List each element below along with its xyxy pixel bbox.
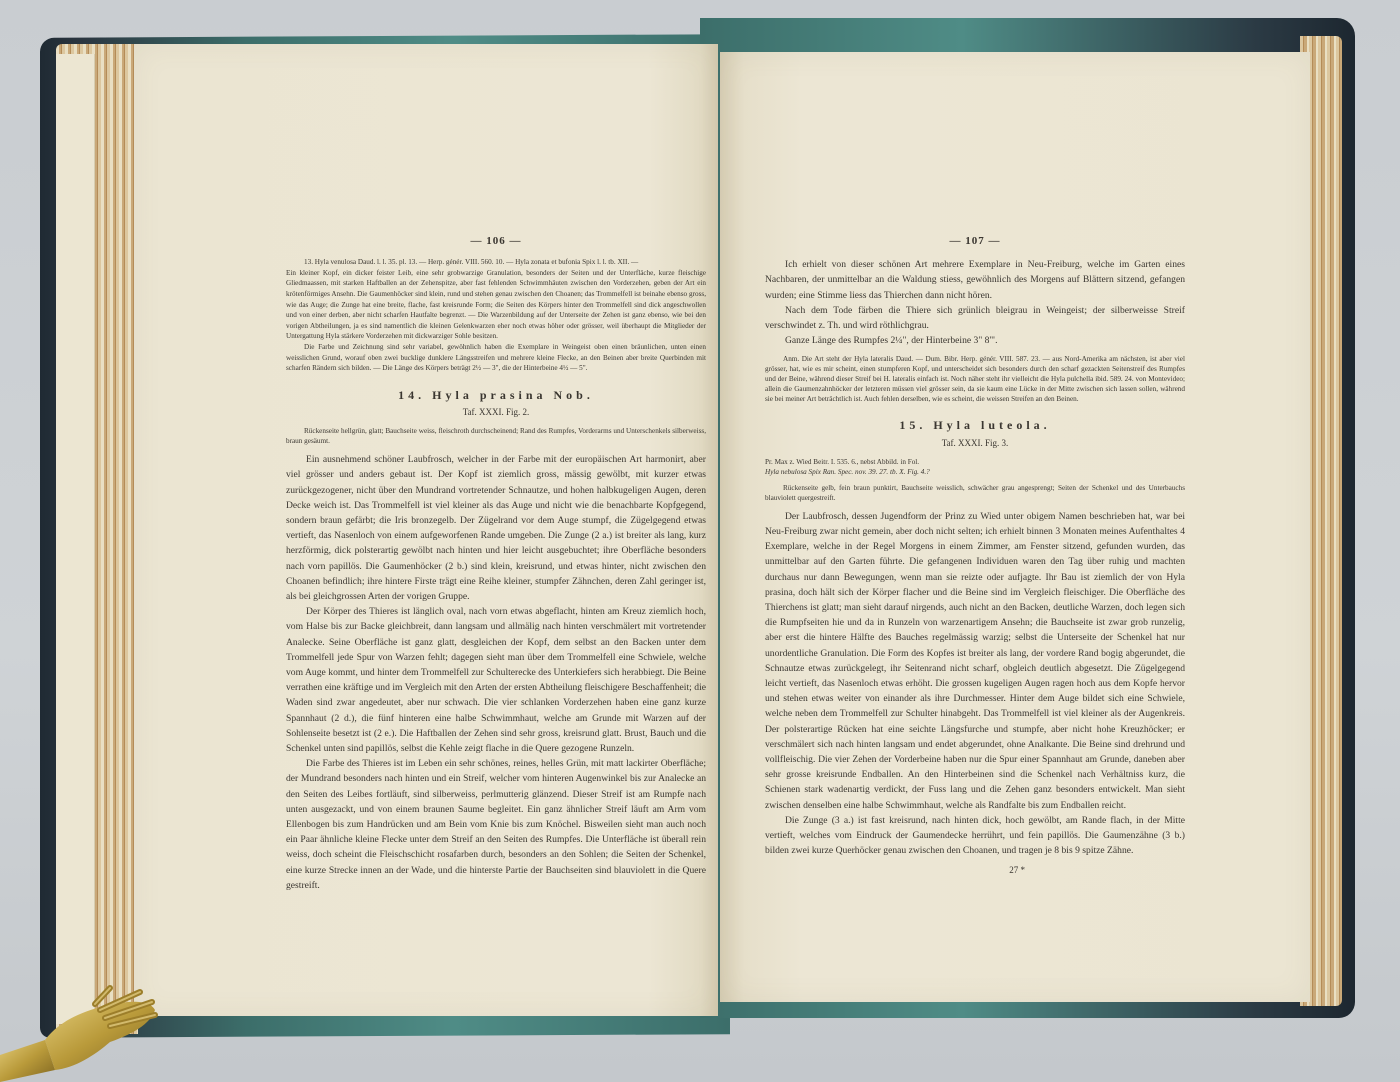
note-line: 13. Hyla venulosa Daud. l. l. 35. pl. 13… [286,257,706,268]
signature-mark: 27 * [765,863,1185,878]
left-page: — 106 — 13. Hyla venulosa Daud. l. l. 35… [134,44,718,1016]
paragraph: Ich erhielt von dieser schönen Art mehre… [765,257,1185,303]
note-line: Ein kleiner Kopf, ein dicker feister Lei… [286,268,706,342]
note-line: Die Farbe und Zeichnung sind sehr variab… [286,342,706,374]
paragraph: Ein ausnehmend schöner Laubfrosch, welch… [286,452,706,604]
right-page: — 107 — Ich erhielt von dieser schönen A… [720,52,1310,1002]
species-13-note: 13. Hyla venulosa Daud. l. l. 35. pl. 13… [286,257,706,374]
section-15-diagnosis: Rückenseite gelb, fein braun punktirt, B… [765,483,1185,503]
annotation-note: Anm. Die Art steht der Hyla lateralis Da… [765,354,1185,404]
section-15-plate: Taf. XXXI. Fig. 3. [765,436,1185,451]
section-14-title: 14. Hyla prasina Nob. [286,388,706,403]
endpaper-left [56,54,95,1024]
section-14-plate: Taf. XXXI. Fig. 2. [286,405,706,420]
left-page-edges [56,44,138,1034]
open-book: — 106 — 13. Hyla venulosa Daud. l. l. 35… [0,0,1400,1082]
reference: Pr. Max z. Wied Beitr. I. 535. 6., nebst… [765,457,1185,467]
brass-hand-clip-icon [0,980,170,1082]
page-number-107: — 107 — [765,234,1185,249]
reference: Hyla nebulosa Spix Ran. Spec. nov. 39. 2… [765,467,1185,477]
paragraph: Der Körper des Thieres ist länglich oval… [286,604,706,756]
paragraph: Nach dem Tode färben die Thiere sich grü… [765,303,1185,333]
right-page-text: — 107 — Ich erhielt von dieser schönen A… [765,234,1185,878]
page-number-106: — 106 — [286,234,706,249]
paragraph: Ganze Länge des Rumpfes 2¼", der Hinterb… [765,333,1185,348]
left-page-text: — 106 — 13. Hyla venulosa Daud. l. l. 35… [286,234,706,893]
paragraph: Die Farbe des Thieres ist im Leben ein s… [286,756,706,893]
paragraph: Der Laubfrosch, dessen Jugendform der Pr… [765,509,1185,813]
paragraph: Die Zunge (3 a.) ist fast kreisrund, nac… [765,813,1185,859]
section-15-title: 15. Hyla luteola. [765,418,1185,433]
section-14-diagnosis: Rückenseite hellgrün, glatt; Bauchseite … [286,426,706,446]
